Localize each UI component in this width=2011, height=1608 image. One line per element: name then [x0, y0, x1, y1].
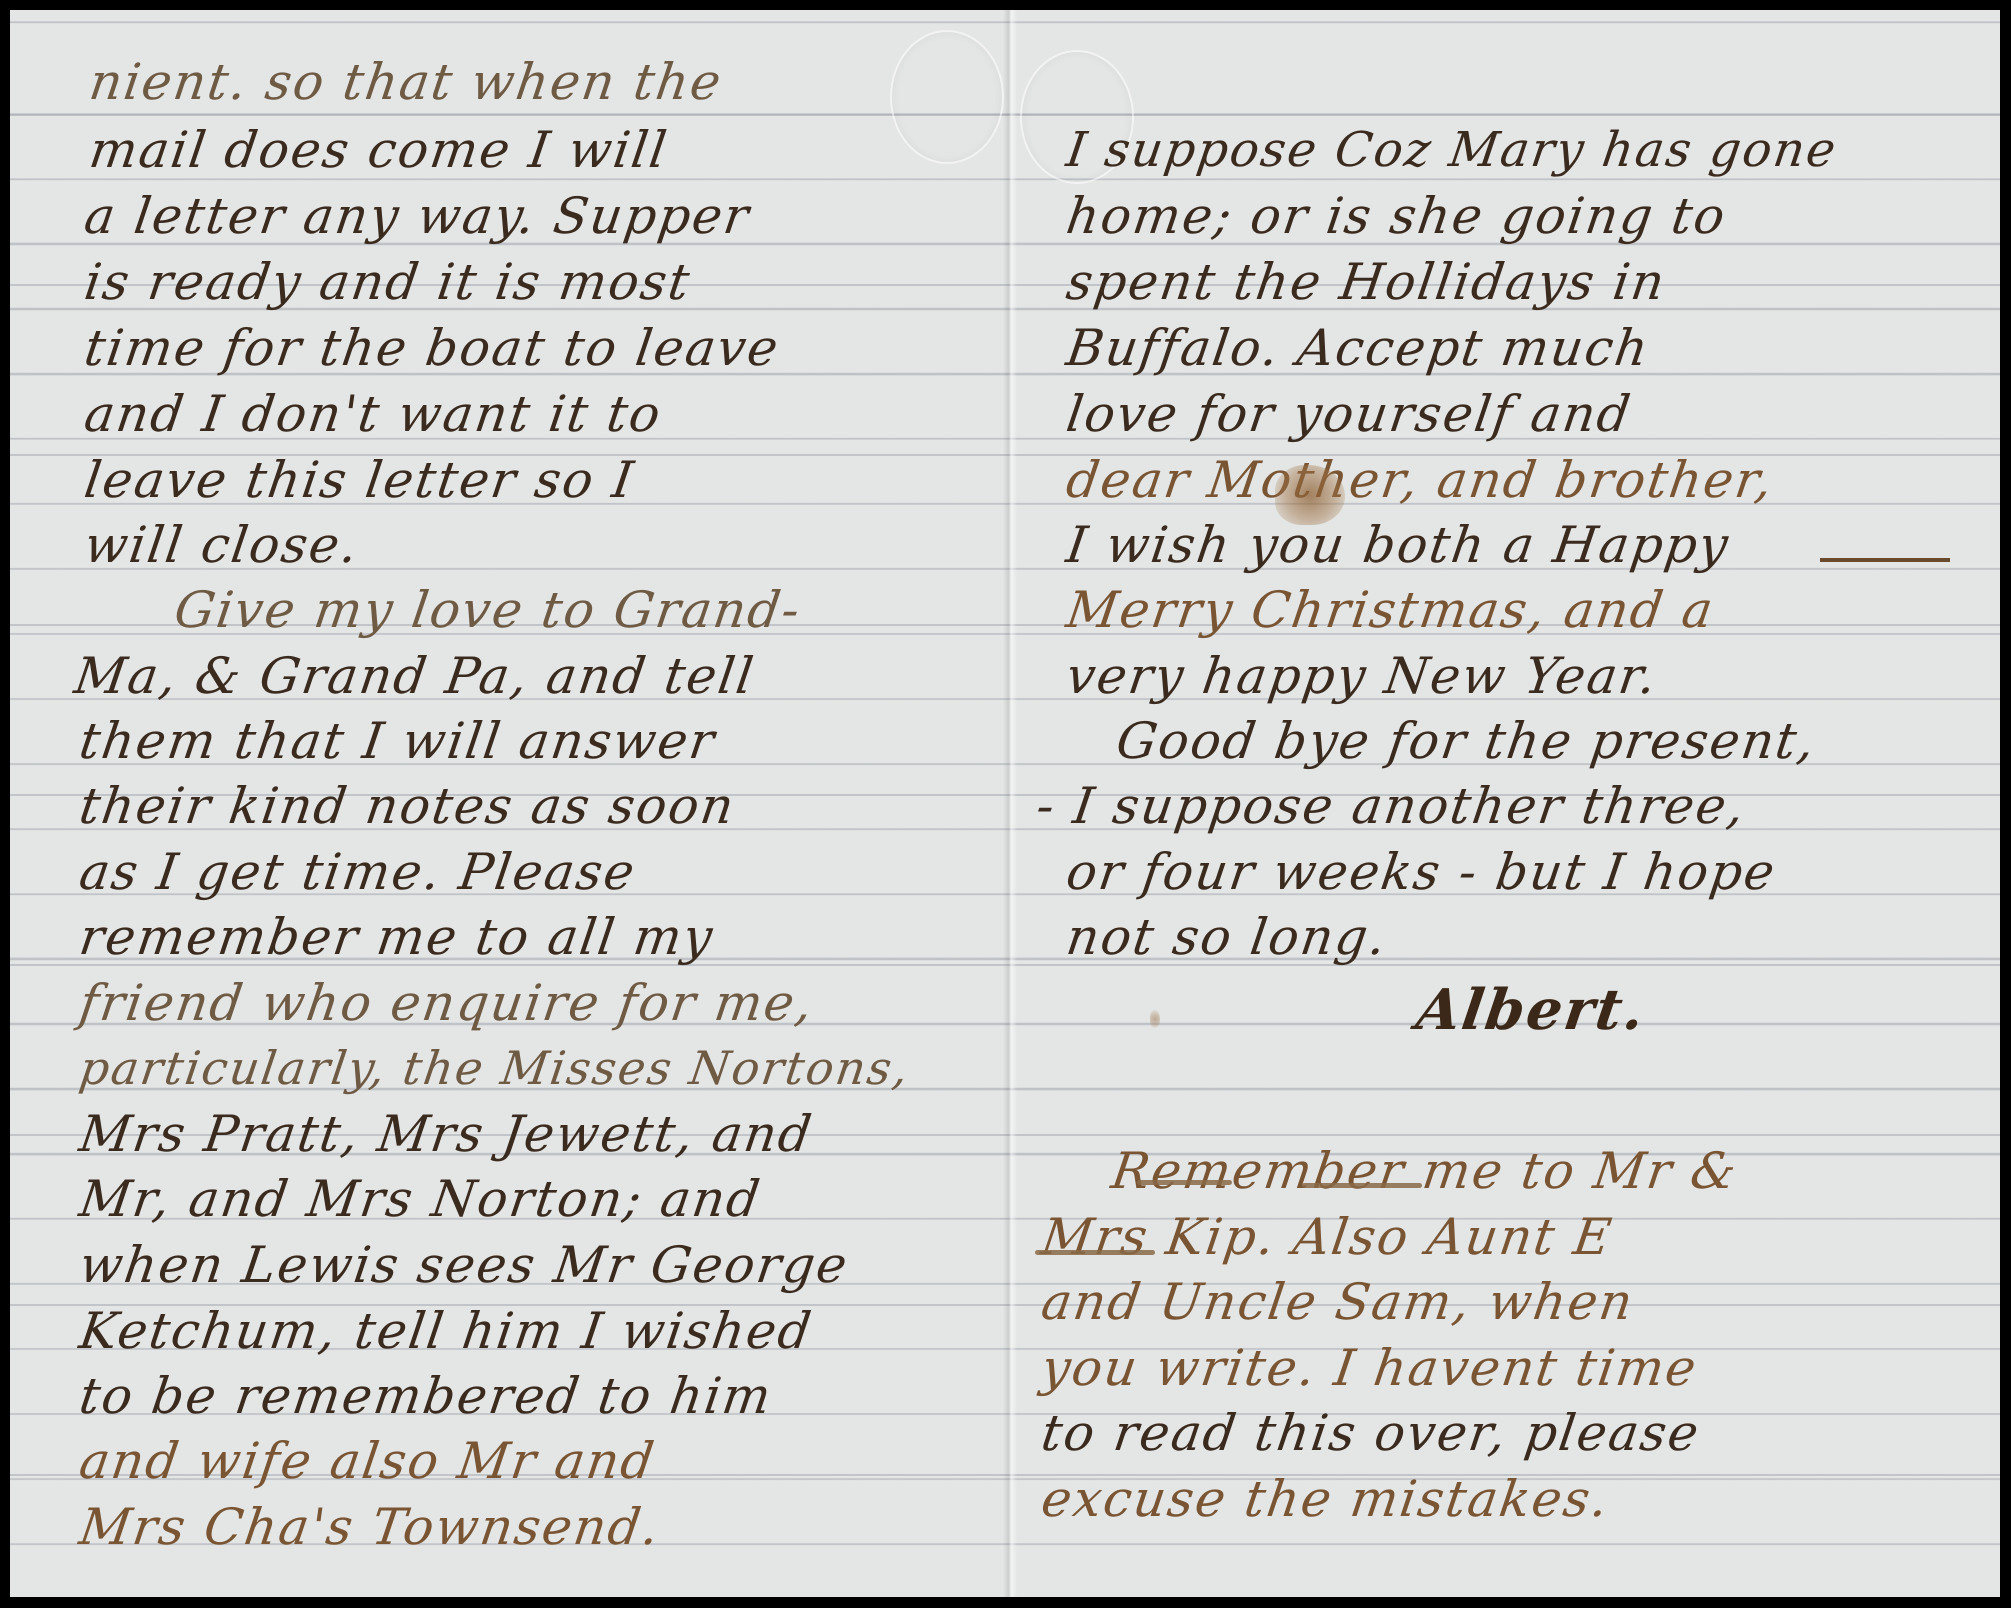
postscript-line-3: and Uncle Sam, when: [1038, 1272, 1638, 1332]
right-line-6: dear Mother, and brother,: [1063, 450, 1778, 510]
right-line-3: spent the Hollidays in: [1063, 252, 1670, 312]
right-line-4: Buffalo. Accept much: [1063, 318, 1654, 378]
right-page: I suppose Coz Mary has gone home; or is …: [1017, 10, 2000, 1597]
postscript-line-5: to read this over, please: [1038, 1403, 1704, 1463]
left-line-16: particularly, the Misses Nortons,: [76, 1038, 914, 1098]
right-line-5: love for yourself and: [1063, 384, 1636, 444]
left-line-12: their kind notes as soon: [76, 776, 739, 836]
signature: Albert.: [1413, 980, 1650, 1040]
right-line-7: I wish you both a Happy: [1063, 515, 1734, 575]
right-line-12: or four weeks - but I hope: [1063, 842, 1780, 902]
strikethrough-happy: [1820, 558, 1950, 562]
left-line-13: as I get time. Please: [76, 842, 640, 902]
left-line-21: to be remembered to him: [76, 1366, 777, 1426]
left-line-7: leave this letter so I: [81, 450, 639, 510]
right-line-2: home; or is she going to: [1063, 186, 1731, 246]
left-page: nient. so that when the mail does come I…: [10, 10, 1003, 1597]
left-line-6: and I don't want it to: [81, 384, 666, 444]
ink-stain: [1275, 465, 1345, 525]
left-line-5: time for the boat to leave: [81, 318, 784, 378]
postscript-line-2: Mrs Kip. Also Aunt E: [1038, 1207, 1617, 1267]
left-line-4: is ready and it is most: [81, 252, 695, 312]
postscript-underline-1: [1137, 1180, 1232, 1185]
left-line-3: a letter any way. Supper: [81, 186, 754, 246]
right-line-11: - I suppose another three,: [1033, 776, 1750, 836]
left-line-15: friend who enquire for me,: [76, 973, 818, 1033]
left-line-8: will close.: [81, 515, 363, 575]
left-line-1: nient. so that when the: [86, 52, 727, 112]
postscript-underline-2: [1302, 1183, 1422, 1188]
right-line-10: Good bye for the present,: [1113, 711, 1820, 771]
left-line-2: mail does come I will: [86, 120, 672, 180]
postscript-line-4: you write. I havent time: [1038, 1338, 1702, 1398]
right-line-13: not so long.: [1063, 907, 1392, 967]
right-line-8: Merry Christmas, and a: [1063, 580, 1719, 640]
postscript-line-1: Remember me to Mr &: [1108, 1141, 1742, 1201]
ink-stain-small: [1150, 1010, 1160, 1028]
left-line-23: Mrs Cha's Townsend.: [76, 1497, 665, 1557]
left-line-11: them that I will answer: [76, 711, 720, 771]
right-line-9: very happy New Year.: [1063, 646, 1662, 706]
left-line-20: Ketchum, tell him I wished: [76, 1301, 817, 1361]
left-line-19: when Lewis sees Mr George: [76, 1235, 853, 1295]
left-line-17: Mrs Pratt, Mrs Jewett, and: [76, 1104, 817, 1164]
center-fold: [1003, 10, 1017, 1597]
right-line-1: I suppose Coz Mary has gone: [1063, 120, 1841, 180]
left-line-10: Ma, & Grand Pa, and tell: [71, 646, 759, 706]
postscript-line-6: excuse the mistakes.: [1038, 1469, 1614, 1529]
letter-paper: nient. so that when the mail does come I…: [10, 10, 2000, 1597]
left-line-9: Give my love to Grand-: [171, 580, 805, 640]
postscript-underline-3: [1035, 1250, 1155, 1255]
left-line-14: remember me to all my: [76, 907, 718, 967]
left-line-18: Mr, and Mrs Norton; and: [76, 1169, 765, 1229]
left-line-22: and wife also Mr and: [76, 1431, 660, 1491]
